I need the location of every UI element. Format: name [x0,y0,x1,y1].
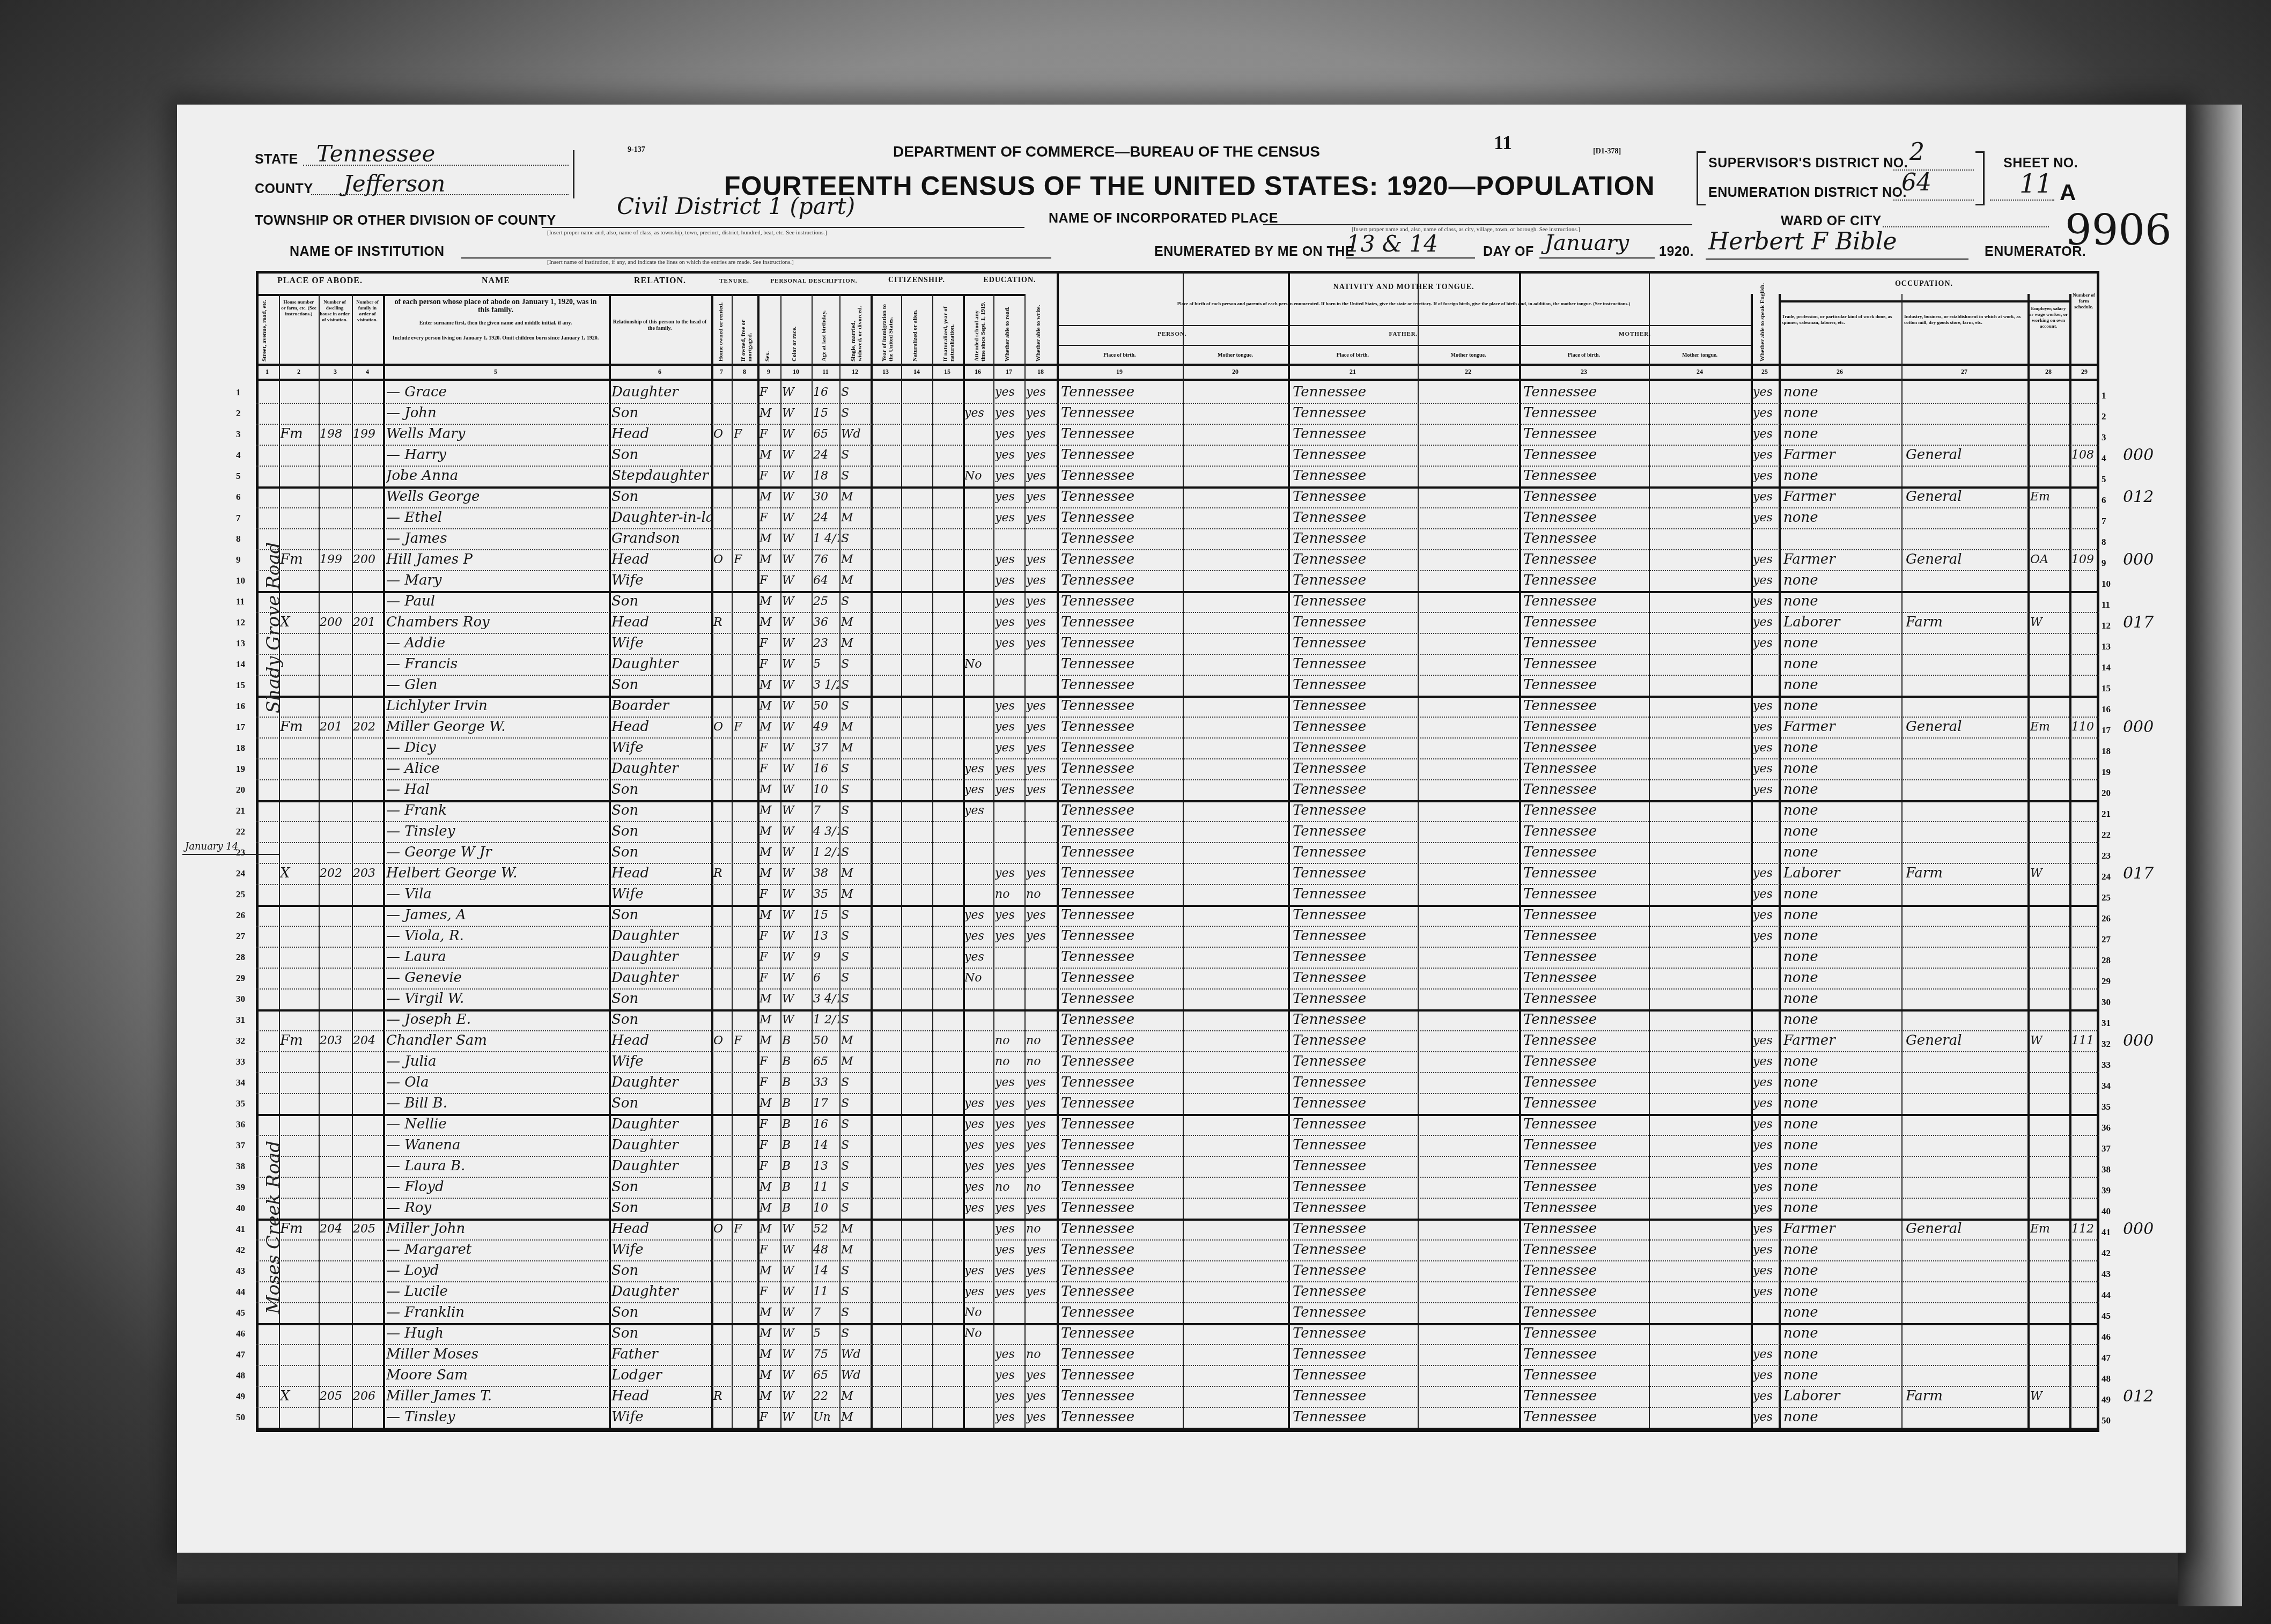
marital-cell: S [841,466,870,486]
industry-cell [1906,1198,2026,1219]
home-owned-cell [713,445,731,466]
age-cell: 65 [813,424,839,445]
race-cell: W [782,758,810,779]
relation-cell: Daughter [611,926,711,947]
marital-cell: S [841,403,870,424]
race-cell: B [782,1156,810,1177]
write-cell: yes [1026,612,1056,633]
line-number: 1 [236,382,241,403]
race-cell: W [782,1344,810,1365]
mother-birthplace-cell: Tennessee [1523,1135,1648,1156]
farm-schedule-cell [2071,905,2098,926]
relation-cell: Son [611,1093,711,1114]
dwelling-number [320,466,351,486]
relation-cell: Son [611,1260,711,1281]
farm-schedule-cell [2071,758,2098,779]
write-cell: yes [1026,1260,1056,1281]
father-birthplace-cell: Tennessee [1293,800,1416,821]
write-cell: no [1026,1051,1056,1072]
abode-cell [280,675,318,696]
year-value: 1920. [1659,244,1694,260]
race-cell: W [782,633,810,654]
dwelling-number [320,591,351,612]
relation-cell: Daughter [611,382,711,403]
col7-head: Home owned or rented. [718,298,724,361]
mother-birthplace-cell: Tennessee [1523,947,1648,968]
school-cell [964,1407,992,1428]
free-mortgaged-cell [734,1009,756,1030]
birthplace-cell: Tennessee [1061,863,1182,884]
family-number [353,779,382,800]
employment-cell [2030,1177,2068,1198]
line-number: 27 [236,926,245,947]
race-cell: W [782,424,810,445]
family-number: 205 [353,1219,382,1239]
family-number [353,800,382,821]
mother-birthplace-cell: Tennessee [1523,696,1648,717]
abode-cell [280,1135,318,1156]
home-owned-cell [713,466,731,486]
home-owned-cell [713,968,731,988]
free-mortgaged-cell [734,1239,756,1260]
father-birthplace-cell: Tennessee [1293,1114,1416,1135]
group-mother: MOTHER. [1519,331,1751,337]
dwelling-number [320,1114,351,1135]
abode-cell [280,633,318,654]
column-number: 20 [1225,368,1246,376]
read-cell: yes [995,549,1023,570]
dwelling-number [320,654,351,675]
sex-cell: F [760,884,780,905]
marital-cell: S [841,947,870,968]
line-number: 7 [236,507,241,528]
sex-cell: M [760,675,780,696]
nativity-description: Place of birth of each person and parent… [1067,300,1740,307]
write-cell: yes [1026,1239,1056,1260]
group-relation: RELATION. [609,276,711,286]
father-birthplace-cell: Tennessee [1293,1009,1416,1030]
sex-cell: M [760,1219,780,1239]
farm-schedule-cell [2071,1198,2098,1219]
farm-schedule-cell [2071,675,2098,696]
column-number: 7 [711,368,732,376]
father-birthplace-cell: Tennessee [1293,1177,1416,1198]
line-number: 9 [236,549,241,570]
column-number: 22 [1457,368,1479,376]
col13-head: Year of immigration to the United States… [881,298,894,361]
birthplace-cell: Tennessee [1061,382,1182,403]
marital-cell: S [841,1198,870,1219]
form-code: [D1-378] [1593,147,1621,156]
marital-cell: M [841,1051,870,1072]
line-number: 8 [236,528,241,549]
sex-cell: M [760,1323,780,1344]
home-owned-cell [713,1093,731,1114]
family-number [353,1344,382,1365]
age-cell: 18 [813,466,839,486]
home-owned-cell [713,1009,731,1030]
school-cell [964,1239,992,1260]
age-cell: 7 [813,800,839,821]
line-number: 44 [2102,1285,2111,1305]
mother-birthplace-cell: Tennessee [1523,1156,1648,1177]
sex-cell: F [760,1072,780,1093]
line-number: 38 [2102,1159,2111,1180]
school-cell: yes [964,1114,992,1135]
col4-head: Number of family in order of visitation. [353,299,382,323]
farm-schedule-cell [2071,988,2098,1009]
speaks-english-cell [1753,842,1778,863]
race-cell: W [782,675,810,696]
read-cell: yes [995,1260,1023,1281]
home-owned-cell [713,1260,731,1281]
family-number [353,507,382,528]
line-number: 32 [236,1030,245,1051]
family-number [353,633,382,654]
employment-cell [2030,675,2068,696]
industry-cell [1906,1093,2026,1114]
family-number [353,528,382,549]
relation-cell: Son [611,675,711,696]
marital-cell: M [841,737,870,758]
birthplace-cell: Tennessee [1061,466,1182,486]
abode-cell [280,466,318,486]
family-number [353,926,382,947]
farm-schedule-cell [2071,884,2098,905]
read-cell [995,947,1023,968]
write-cell: yes [1026,591,1056,612]
mother-birthplace-cell: Tennessee [1523,382,1648,403]
relation-cell: Son [611,821,711,842]
col20-head: Mother tongue. [1183,351,1288,359]
race-cell: W [782,528,810,549]
supervisor-label: SUPERVISOR'S DISTRICT NO. [1708,156,1908,171]
line-number: 37 [2102,1138,2111,1159]
marital-cell: S [841,445,870,466]
marital-cell: S [841,1323,870,1344]
race-cell: B [782,1177,810,1198]
school-cell [964,1219,992,1239]
family-number [353,842,382,863]
school-cell [964,424,992,445]
sex-cell: F [760,737,780,758]
relation-cell: Wife [611,633,711,654]
home-owned-cell [713,926,731,947]
read-cell [995,1302,1023,1323]
dwelling-number: 204 [320,1219,351,1239]
mother-birthplace-cell: Tennessee [1523,779,1648,800]
free-mortgaged-cell: F [734,1030,756,1051]
trade-cell: none [1783,696,1900,717]
margin-road-name: Shady Grove Road [263,413,284,713]
industry-cell [1906,466,2026,486]
trade-cell: none [1783,1135,1900,1156]
birthplace-cell: Tennessee [1061,591,1182,612]
line-number: 45 [236,1302,245,1323]
father-birthplace-cell: Tennessee [1293,1093,1416,1114]
mother-birthplace-cell: Tennessee [1523,842,1648,863]
write-cell: yes [1026,1365,1056,1386]
write-cell: yes [1026,486,1056,507]
person-name: — Roy [386,1198,606,1219]
industry-cell [1906,842,2026,863]
trade-cell: Farmer [1783,717,1900,737]
speaks-english-cell: yes [1753,1114,1778,1135]
marital-cell: M [841,612,870,633]
school-cell: yes [964,905,992,926]
dwelling-number [320,507,351,528]
farm-schedule-cell: 110 [2071,717,2098,737]
birthplace-cell: Tennessee [1061,675,1182,696]
school-cell: yes [964,779,992,800]
trade-cell: none [1783,926,1900,947]
farm-schedule-cell [2071,1260,2098,1281]
father-birthplace-cell: Tennessee [1293,717,1416,737]
race-cell: B [782,1030,810,1051]
write-cell: yes [1026,1135,1056,1156]
industry-cell [1906,424,2026,445]
line-number: 46 [2102,1326,2111,1347]
industry-cell [1906,633,2026,654]
mother-birthplace-cell: Tennessee [1523,1177,1648,1198]
employment-cell: OA [2030,549,2068,570]
age-cell: 52 [813,1219,839,1239]
speaks-english-cell: yes [1753,445,1778,466]
relation-cell: Boarder [611,696,711,717]
read-cell [995,800,1023,821]
father-birthplace-cell: Tennessee [1293,486,1416,507]
group-personal: PERSONAL DESCRIPTION. [757,278,871,284]
speaks-english-cell: yes [1753,1093,1778,1114]
sex-cell: M [760,1365,780,1386]
enumeration-line [1893,200,1974,201]
dwelling-number: 205 [320,1386,351,1407]
relation-cell: Son [611,1177,711,1198]
abode-cell [280,1114,318,1135]
family-number [353,1239,382,1260]
race-cell: W [782,591,810,612]
relation-cell: Wife [611,737,711,758]
trade-cell: none [1783,947,1900,968]
mother-birthplace-cell: Tennessee [1523,1093,1648,1114]
col3-head: Number of dwelling house in order of vis… [320,299,350,323]
incorporated-label: NAME OF INCORPORATED PLACE [1049,211,1278,226]
age-cell: 48 [813,1239,839,1260]
dwelling-number: 202 [320,863,351,884]
speaks-english-cell: yes [1753,466,1778,486]
relation-cell: Son [611,445,711,466]
industry-cell: Farm [1906,612,2026,633]
sex-cell: F [760,382,780,403]
age-cell: 75 [813,1344,839,1365]
speaks-english-cell: yes [1753,1156,1778,1177]
abode-cell [280,591,318,612]
abode-cell [280,1344,318,1365]
race-cell: W [782,1009,810,1030]
industry-cell: General [1906,486,2026,507]
mother-birthplace-cell: Tennessee [1523,884,1648,905]
mother-birthplace-cell: Tennessee [1523,612,1648,633]
person-name: — Floyd [386,1177,606,1198]
family-number [353,1009,382,1030]
line-number: 29 [236,968,245,988]
line-number: 41 [2102,1222,2111,1243]
marital-cell: M [841,507,870,528]
father-birthplace-cell: Tennessee [1293,926,1416,947]
col24-head: Mother tongue. [1649,351,1751,359]
father-birthplace-cell: Tennessee [1293,696,1416,717]
father-birthplace-cell: Tennessee [1293,1072,1416,1093]
mother-birthplace-cell: Tennessee [1523,591,1648,612]
free-mortgaged-cell [734,1072,756,1093]
write-cell: yes [1026,633,1056,654]
column-number: 24 [1689,368,1710,376]
age-cell: 1 4/12 [813,528,839,549]
read-cell: yes [995,758,1023,779]
family-number [353,1072,382,1093]
mother-birthplace-cell: Tennessee [1523,968,1648,988]
speaks-english-cell [1753,947,1778,968]
person-name: — Glen [386,675,606,696]
industry-cell [1906,1156,2026,1177]
free-mortgaged-cell [734,863,756,884]
speaks-english-cell: yes [1753,1407,1778,1428]
write-cell: yes [1026,696,1056,717]
race-cell: W [782,612,810,633]
read-cell: yes [995,1386,1023,1407]
line-number: 49 [236,1386,245,1407]
race-cell: W [782,507,810,528]
trade-cell: none [1783,905,1900,926]
speaks-english-cell: yes [1753,1260,1778,1281]
home-owned-cell [713,1114,731,1135]
column-divider [780,294,781,1429]
industry-cell [1906,1177,2026,1198]
read-cell [995,528,1023,549]
line-number: 26 [2102,908,2111,929]
write-cell: yes [1026,382,1056,403]
dwelling-number [320,486,351,507]
marital-cell: S [841,1009,870,1030]
speaks-english-cell: yes [1753,737,1778,758]
group-occupation: OCCUPATION. [1779,280,2069,289]
race-cell: B [782,1114,810,1135]
person-name: — Frank [386,800,606,821]
relation-cell: Head [611,424,711,445]
employment-cell [2030,884,2068,905]
birthplace-cell: Tennessee [1061,1239,1182,1260]
sex-cell: F [760,570,780,591]
write-cell [1026,988,1056,1009]
marital-cell: S [841,1156,870,1177]
speaks-english-cell: yes [1753,1051,1778,1072]
family-number [353,1281,382,1302]
birthplace-cell: Tennessee [1061,1260,1182,1281]
school-cell [964,591,992,612]
sex-cell: M [760,905,780,926]
school-cell [964,612,992,633]
birthplace-cell: Tennessee [1061,549,1182,570]
employment-cell [2030,466,2068,486]
column-divider [932,294,933,1429]
employment-cell [2030,591,2068,612]
abode-cell [280,445,318,466]
sex-cell: F [760,1051,780,1072]
group-abode: PLACE OF ABODE. [257,276,383,286]
speaks-english-cell: yes [1753,1281,1778,1302]
line-number: 5 [2102,469,2106,490]
birthplace-cell: Tennessee [1061,1219,1182,1239]
incorporated-line [1263,224,1692,225]
read-cell: yes [995,1072,1023,1093]
month-line [1539,257,1655,259]
day-line [1346,257,1475,259]
column-number: 18 [1030,368,1051,376]
person-name: — Hal [386,779,606,800]
employment-cell: Em [2030,717,2068,737]
dwelling-number [320,1009,351,1030]
birthplace-cell: Tennessee [1061,1281,1182,1302]
trade-cell: none [1783,675,1900,696]
sex-cell: M [760,779,780,800]
marital-cell: M [841,1407,870,1428]
trade-cell: none [1783,1009,1900,1030]
family-number: 200 [353,549,382,570]
farm-schedule-cell [2071,926,2098,947]
speaks-english-cell [1753,1009,1778,1030]
farm-schedule-cell [2071,570,2098,591]
abode-cell [280,1281,318,1302]
line-number: 42 [2102,1243,2111,1264]
industry-cell [1906,926,2026,947]
school-cell: yes [964,403,992,424]
race-cell: W [782,466,810,486]
column-number: 4 [357,368,378,376]
column-number: 1 [256,368,278,376]
read-cell: yes [995,424,1023,445]
marital-cell: S [841,1072,870,1093]
line-number: 19 [236,758,245,779]
school-cell [964,1009,992,1030]
home-owned-cell [713,1281,731,1302]
marital-cell: S [841,1093,870,1114]
birthplace-cell: Tennessee [1061,633,1182,654]
industry-cell [1906,1114,2026,1135]
marital-cell: S [841,926,870,947]
trade-cell: Laborer [1783,1386,1900,1407]
trade-cell: none [1783,884,1900,905]
free-mortgaged-cell [734,779,756,800]
home-owned-cell [713,654,731,675]
free-mortgaged-cell [734,926,756,947]
birthplace-cell: Tennessee [1061,800,1182,821]
age-cell: 13 [813,1156,839,1177]
line-number: 49 [2102,1389,2111,1410]
mother-birthplace-cell: Tennessee [1523,633,1648,654]
sex-cell: F [760,1281,780,1302]
township-label: TOWNSHIP OR OTHER DIVISION OF COUNTY [255,213,556,228]
birthplace-cell: Tennessee [1061,570,1182,591]
race-cell: W [782,800,810,821]
marital-cell: M [841,1030,870,1051]
read-cell: yes [995,486,1023,507]
trade-cell: none [1783,654,1900,675]
line-number: 20 [2102,783,2111,803]
family-number [353,968,382,988]
home-owned-cell [713,591,731,612]
sex-cell: M [760,1386,780,1407]
trade-cell: none [1783,1407,1900,1428]
